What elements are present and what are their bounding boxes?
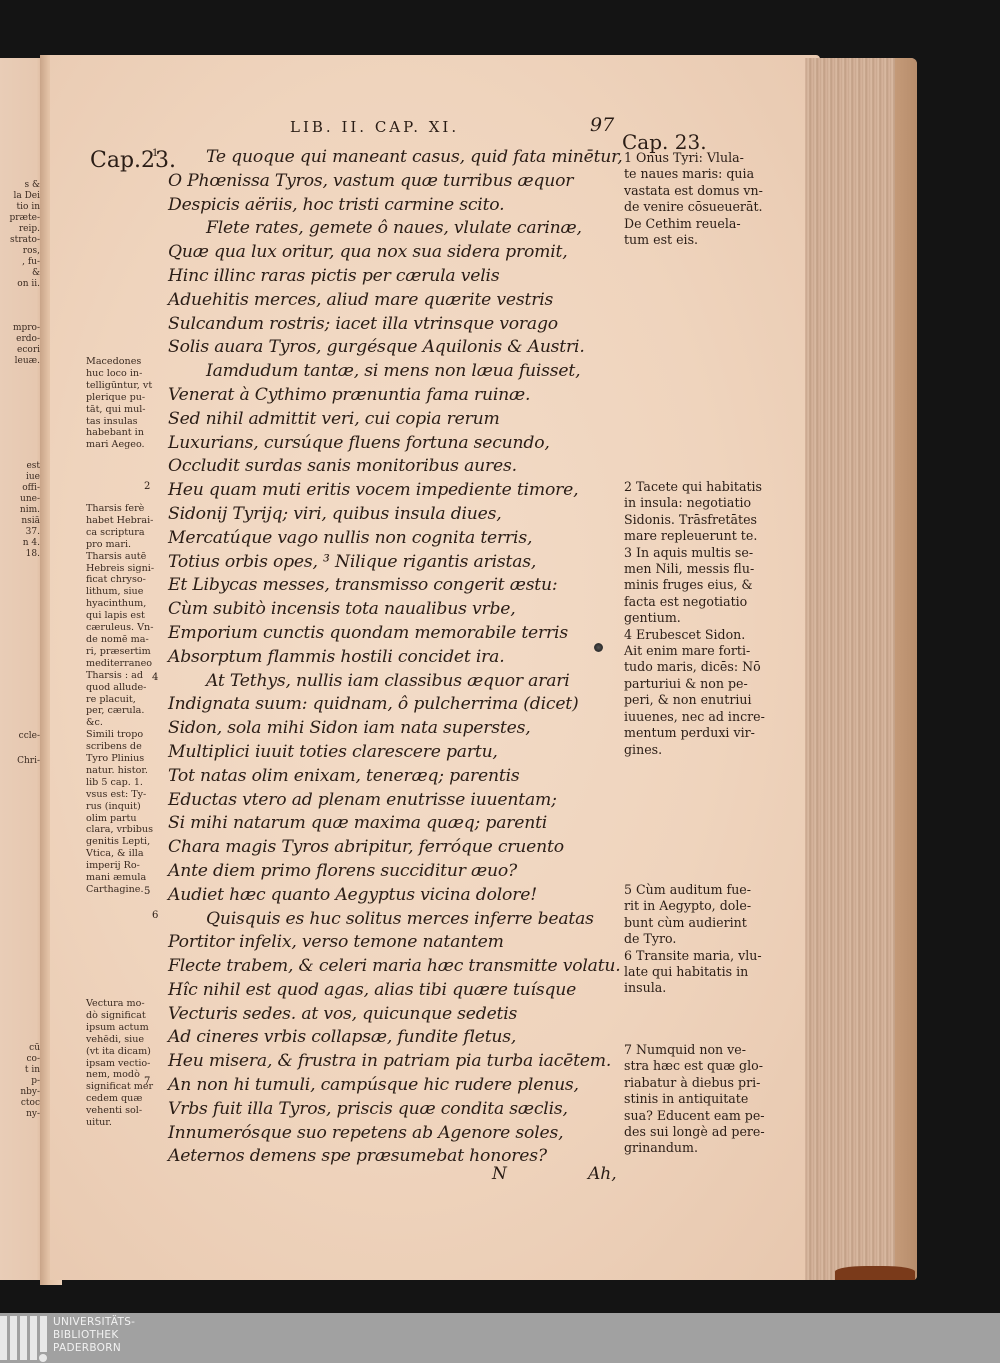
verse-reference-mark: 1	[152, 142, 158, 166]
verse-line: Ad cineres vrbis collapsæ, fundite fletu…	[168, 1026, 628, 1050]
note-line: 4 Erubescet Sidon.	[624, 627, 796, 643]
verse-line: Innumerósque suo repetens ab Agenore sol…	[168, 1122, 628, 1146]
fragment-line: præte-	[9, 213, 40, 224]
note-line: minis fruges eius, &	[624, 577, 796, 593]
verse-line-text: Sed nihil admittit veri, cui copia rerum	[168, 409, 500, 429]
note-line: ficat chryso-	[86, 574, 166, 586]
note-line: 6 Transite maria, vlu-	[624, 948, 796, 964]
note-line: habet Hebrai-	[86, 515, 166, 527]
note-line: stra hæc est quæ glo-	[624, 1058, 796, 1074]
verse-line-text: Mercatúque vago nullis non cognita terri…	[168, 528, 532, 548]
note-line: per, cærula.	[86, 705, 166, 717]
verse-line-text: Chara magis Tyros abripitur, ferróque cr…	[168, 837, 564, 857]
note-line: de venire cōsueuerāt.	[624, 199, 796, 215]
verse-line-text: An non hi tumuli, campúsque hic rudere p…	[168, 1075, 579, 1095]
verse-line-text: Sidonij Tyrijq; viri, quibus insula diue…	[168, 504, 502, 524]
note-line: gines.	[624, 742, 796, 758]
note-line: Tyro Plinius	[86, 753, 166, 765]
note-line: Tharsis autē	[86, 551, 166, 563]
verse-line-text: Vecturis sedes. at vos, quicunque sedeti…	[168, 1004, 517, 1024]
note-line: parturiui & non pe-	[624, 676, 796, 692]
note-line: Ait enim mare forti-	[624, 643, 796, 659]
fragment-line: erdo-	[13, 334, 40, 345]
verse-line: 4At Tethys, nullis iam classibus æquor a…	[168, 670, 628, 694]
facing-note-fragment: s &la Deitio inpræte-reip.strato-ros,, f…	[9, 180, 40, 290]
logo-line-3: PADERBORN	[53, 1342, 135, 1355]
catchword: Ah,	[588, 1164, 617, 1184]
verse-line: 7An non hi tumuli, campúsque hic rudere …	[168, 1074, 628, 1098]
note-line: rit in Aegypto, dole-	[624, 898, 796, 914]
page-blemish	[594, 643, 603, 652]
note-line: mediterraneo	[86, 658, 166, 670]
note-line: 2 Tacete qui habitatis	[624, 479, 796, 495]
fragment-line: on ii.	[9, 279, 40, 290]
note-line: hyacinthum,	[86, 598, 166, 610]
fragment-line: reip.	[9, 224, 40, 235]
note-line: &c.	[86, 717, 166, 729]
verse-line-text: Heu misera, & frustra in patriam pia tur…	[168, 1051, 611, 1071]
verse-line-text: Ad cineres vrbis collapsæ, fundite fletu…	[168, 1027, 516, 1047]
page-damage	[835, 1266, 915, 1280]
note-line: lib 5 cap. 1.	[86, 777, 166, 789]
verse-line-text: Flecte trabem, & celeri maria hæc transm…	[168, 956, 621, 976]
running-head: LIB. II. CAP. XI.	[290, 118, 459, 136]
note-line: rus (inquit)	[86, 801, 166, 813]
fragment-line: tio in	[9, 202, 40, 213]
verse-line-text: Hinc illinc raras pictis per cærula veli…	[168, 266, 499, 286]
verse-line-text: Iamdudum tantæ, si mens non læua fuisset…	[206, 361, 580, 381]
right-margin-note: 1 Onus Tyri: Vlula-te naues maris: quiav…	[624, 150, 796, 248]
note-line: tum est eis.	[624, 232, 796, 248]
note-line: De Cethim reuela-	[624, 216, 796, 232]
note-line: ri, præsertim	[86, 646, 166, 658]
verse-line: Occludit surdas sanis monitoribus aures.	[168, 455, 628, 479]
fragment-line: t in	[20, 1065, 40, 1076]
note-line: imperij Ro-	[86, 860, 166, 872]
note-line: qui lapis est	[86, 610, 166, 622]
verse-line: Indignata suum: quidnam, ô pulcherrima (…	[168, 693, 628, 717]
fragment-line: ros,	[9, 246, 40, 257]
note-line: mare repleuerunt te.	[624, 528, 796, 544]
verse-line-text: Innumerósque suo repetens ab Agenore sol…	[168, 1123, 563, 1143]
verse-line-text: Aduehitis merces, aliud mare quærite ves…	[168, 290, 553, 310]
verse-line-text: Hîc nihil est quod agas, alias tibi quær…	[168, 980, 576, 1000]
verse-line: Hîc nihil est quod agas, alias tibi quær…	[168, 979, 628, 1003]
verse-line-text: Quisquis es huc solitus merces inferre b…	[206, 909, 594, 929]
note-line: Sidonis. Trāsfretātes	[624, 512, 796, 528]
note-line: bunt cùm audierint	[624, 915, 796, 931]
note-line: de Tyro.	[624, 931, 796, 947]
fragment-line: offi-	[20, 483, 40, 494]
note-line: riabatur à diebus pri-	[624, 1075, 796, 1091]
verse-line: Flecte trabem, & celeri maria hæc transm…	[168, 955, 628, 979]
note-line: vehenti sol-	[86, 1105, 166, 1117]
verse-line-text: Absorptum flammis hostili concidet ira.	[168, 647, 504, 667]
verse-line-text: Sulcandum rostris; iacet illa vtrinsque …	[168, 314, 558, 334]
fragment-line: p-	[20, 1076, 40, 1087]
note-line: habebant in	[86, 427, 166, 439]
note-line: facta est negotiatio	[624, 594, 796, 610]
note-line: Vtica, & illa	[86, 848, 166, 860]
verse-line: Sed nihil admittit veri, cui copia rerum	[168, 408, 628, 432]
verse-line: Chara magis Tyros abripitur, ferróque cr…	[168, 836, 628, 860]
page-number: 97	[590, 114, 614, 136]
note-line: mari Aegeo.	[86, 439, 166, 451]
fragment-line: s &	[9, 180, 40, 191]
verse-line: Multiplici iuuit toties clarescere partu…	[168, 741, 628, 765]
fragment-line: ny-	[20, 1109, 40, 1120]
verse-line: Sidonij Tyrijq; viri, quibus insula diue…	[168, 503, 628, 527]
note-line: in insula: negotiatio	[624, 495, 796, 511]
library-logo-text: UNIVERSITÄTS- BIBLIOTHEK PADERBORN	[53, 1316, 135, 1355]
note-line: scribens de	[86, 741, 166, 753]
note-line: tudo maris, dicēs: Nō	[624, 659, 796, 675]
note-line: vastata est domus vn-	[624, 183, 796, 199]
note-line: grinandum.	[624, 1140, 796, 1156]
verse-line: Solis auara Tyros, gurgésque Aquilonis &…	[168, 336, 628, 360]
fragment-line: ecori	[13, 345, 40, 356]
fragment-line: est	[20, 461, 40, 472]
facing-note-fragment: cūco-t inp-nby-ctocny-	[20, 1043, 40, 1120]
verse-line-text: Heu quam muti eritis vocem impediente ti…	[168, 480, 578, 500]
note-line: dò significat	[86, 1010, 166, 1022]
fragment-line: nby-	[20, 1087, 40, 1098]
facing-note-fragment: mpro-erdo-ecorileuæ.	[13, 323, 40, 367]
note-line: ipsum actum	[86, 1022, 166, 1034]
chapter-label-left: Cap.23.	[90, 148, 176, 173]
verse-line: Eductas vtero ad plenam enutrisse iuuent…	[168, 789, 628, 813]
note-line: telligūntur, vt	[86, 380, 166, 392]
verse-line: Sulcandum rostris; iacet illa vtrinsque …	[168, 313, 628, 337]
logo-line-1: UNIVERSITÄTS-	[53, 1316, 135, 1329]
fragment-line: Chri-	[17, 756, 40, 767]
verse-line: 5Audiet hæc quanto Aegyptus vicina dolor…	[168, 884, 628, 908]
fragment-line: mpro-	[13, 323, 40, 334]
note-line: uitur.	[86, 1117, 166, 1129]
note-line: tāt, qui mul-	[86, 404, 166, 416]
verse-line-text: Tot natas olim enixam, teneræq; parentis	[168, 766, 520, 786]
left-margin-note: Vectura mo-dò significatipsum actumvehēd…	[86, 998, 166, 1129]
verse-line-text: Totius orbis opes, ³ Nilique rigantis ar…	[168, 552, 536, 572]
note-line: 1 Onus Tyri: Vlula-	[624, 150, 796, 166]
facing-note-fragment: ccle-	[19, 731, 40, 742]
verse-line: Vecturis sedes. at vos, quicunque sedeti…	[168, 1003, 628, 1027]
verse-line-text: Occludit surdas sanis monitoribus aures.	[168, 456, 517, 476]
note-line: cæruleus. Vn-	[86, 622, 166, 634]
right-margin-note: 7 Numquid non ve-stra hæc est quæ glo-ri…	[624, 1042, 796, 1157]
note-line: quod allude-	[86, 682, 166, 694]
note-line: men Nili, messis flu-	[624, 561, 796, 577]
fragment-line: cū	[20, 1043, 40, 1054]
verse-line-text: Audiet hæc quanto Aegyptus vicina dolore…	[168, 885, 537, 905]
verse-line: Et Libycas messes, transmisso congerit æ…	[168, 574, 628, 598]
fragment-line: 37.	[20, 527, 40, 538]
note-line: Hebreis signi-	[86, 563, 166, 575]
note-line: stinis in antiquitate	[624, 1091, 796, 1107]
verse-line-text: Indignata suum: quidnam, ô pulcherrima (…	[168, 694, 579, 714]
note-line: pro mari.	[86, 539, 166, 551]
verse-line: Heu misera, & frustra in patriam pia tur…	[168, 1050, 628, 1074]
note-line: Carthagine.	[86, 884, 166, 896]
signature-mark: N	[492, 1164, 507, 1184]
right-margin-note: 5 Cùm auditum fue-rit in Aegypto, dole-b…	[624, 882, 796, 997]
verse-line-text: Sidon, sola mihi Sidon iam nata superste…	[168, 718, 530, 738]
verse-line: Quæ qua lux oritur, qua nox sua sidera p…	[168, 241, 628, 265]
note-line: 7 Numquid non ve-	[624, 1042, 796, 1058]
verse-line-text: Eductas vtero ad plenam enutrisse iuuent…	[168, 790, 557, 810]
verse-line-text: Venerat à Cythimo prænuntia fama ruinæ.	[168, 385, 530, 405]
note-line: huc loco in-	[86, 368, 166, 380]
verse-line: Portitor infelix, verso temone natantem	[168, 931, 628, 955]
verse-line: Flete rates, gemete ô naues, vlulate car…	[168, 217, 628, 241]
verse-line-text: At Tethys, nullis iam classibus æquor ar…	[206, 671, 570, 691]
verse-reference-mark: 6	[152, 904, 158, 928]
verse-line-text: Vrbs fuit illa Tyros, priscis quæ condit…	[168, 1099, 568, 1119]
verse-line-text: Solis auara Tyros, gurgésque Aquilonis &…	[168, 337, 585, 357]
note-line: (vt ita dicam)	[86, 1046, 166, 1058]
verse-line-text: Ante diem primo florens succiditur æuo?	[168, 861, 517, 881]
note-line: peri, & non enutriui	[624, 692, 796, 708]
fragment-line: &	[9, 268, 40, 279]
verse-line: Cùm subitò incensis tota naualibus vrbe,	[168, 598, 628, 622]
fragment-line: la Dei	[9, 191, 40, 202]
note-line: nem, modò	[86, 1069, 166, 1081]
note-line: de nomē ma-	[86, 634, 166, 646]
verse-line: 6Quisquis es huc solitus merces inferre …	[168, 908, 628, 932]
verse-line-text: Quæ qua lux oritur, qua nox sua sidera p…	[168, 242, 567, 262]
verse-line-text: Portitor infelix, verso temone natantem	[168, 932, 504, 952]
fragment-line: co-	[20, 1054, 40, 1065]
note-line: late qui habitatis in	[624, 964, 796, 980]
fragment-line: , fu-	[9, 257, 40, 268]
verse-line: O Phœnissa Tyros, vastum quæ turribus æq…	[168, 170, 628, 194]
fragment-line: strato-	[9, 235, 40, 246]
note-line: re placuit,	[86, 694, 166, 706]
note-line: mani æmula	[86, 872, 166, 884]
note-line: te naues maris: quia	[624, 166, 796, 182]
left-margin-note: Tharsis ferèhabet Hebrai-ca scripturapro…	[86, 503, 166, 896]
note-line: gentium.	[624, 610, 796, 626]
verse-line-text: Te quoque qui maneant casus, quid fata m…	[206, 147, 623, 167]
fragment-line: n 4.	[20, 538, 40, 549]
verse-line: Si mihi natarum quæ maxima quæq; parenti	[168, 812, 628, 836]
verse-line: Venerat à Cythimo prænuntia fama ruinæ.	[168, 384, 628, 408]
note-line: Tharsis : ad	[86, 670, 166, 682]
fragment-line: ctoc	[20, 1098, 40, 1109]
verse-line-text: Emporium cunctis quondam memorabile terr…	[168, 623, 568, 643]
verse-line: Ante diem primo florens succiditur æuo?	[168, 860, 628, 884]
verse-line: Emporium cunctis quondam memorabile terr…	[168, 622, 628, 646]
footer-bar	[0, 1313, 1000, 1363]
verse-line-text: Cùm subitò incensis tota naualibus vrbe,	[168, 599, 516, 619]
note-line: insula.	[624, 980, 796, 996]
note-line: iuuenes, nec ad incre-	[624, 709, 796, 725]
note-line: mentum perduxi vir-	[624, 725, 796, 741]
verse-line-text: Multiplici iuuit toties clarescere partu…	[168, 742, 498, 762]
fragment-line: nim.	[20, 505, 40, 516]
note-line: Macedones	[86, 356, 166, 368]
fragment-line: nsiā	[20, 516, 40, 527]
note-line: natur. histor.	[86, 765, 166, 777]
note-line: vsus est: Ty-	[86, 789, 166, 801]
verse-line-text: Si mihi natarum quæ maxima quæq; parenti	[168, 813, 547, 833]
note-line: des sui longè ad pere-	[624, 1124, 796, 1140]
note-line: sua? Educent eam pe-	[624, 1108, 796, 1124]
verse-line-text: O Phœnissa Tyros, vastum quæ turribus æq…	[168, 171, 573, 191]
note-line: ipsam vectio-	[86, 1058, 166, 1070]
verse-line: 1Te quoque qui maneant casus, quid fata …	[168, 146, 628, 170]
verse-line: Mercatúque vago nullis non cognita terri…	[168, 527, 628, 551]
note-line: clara, vrbibus	[86, 824, 166, 836]
note-line: ca scriptura	[86, 527, 166, 539]
facing-note-fragment: estiueoffi-une-nim.nsiā37.n 4.18.	[20, 461, 40, 560]
note-line: genitis Lepti,	[86, 836, 166, 848]
fragment-line: iue	[20, 472, 40, 483]
verse-line: Iamdudum tantæ, si mens non læua fuisset…	[168, 360, 628, 384]
verse-line: Aduehitis merces, aliud mare quærite ves…	[168, 289, 628, 313]
logo-line-2: BIBLIOTHEK	[53, 1329, 135, 1342]
fragment-line: 18.	[20, 549, 40, 560]
verse-line: Sidon, sola mihi Sidon iam nata superste…	[168, 717, 628, 741]
verse-line: Despicis aëriis, hoc tristi carmine scit…	[168, 194, 628, 218]
note-line: plerique pu-	[86, 392, 166, 404]
note-line: Simili tropo	[86, 729, 166, 741]
note-line: Tharsis ferè	[86, 503, 166, 515]
note-line: 3 In aquis multis se-	[624, 545, 796, 561]
book-fore-edge	[805, 58, 917, 1280]
note-line: tas insulas	[86, 416, 166, 428]
fragment-line: leuæ.	[13, 356, 40, 367]
note-line: cedem quæ	[86, 1093, 166, 1105]
verse-text: 1Te quoque qui maneant casus, quid fata …	[168, 146, 628, 1169]
verse-line: Aeternos demens spe præsumebat honores?	[168, 1145, 628, 1169]
verse-line: 2Heu quam muti eritis vocem impediente t…	[168, 479, 628, 503]
verse-line-text: Aeternos demens spe præsumebat honores?	[168, 1146, 547, 1166]
note-line: Vectura mo-	[86, 998, 166, 1010]
verse-line-text: Luxurians, cursúque fluens fortuna secun…	[168, 433, 550, 453]
note-line: 5 Cùm auditum fue-	[624, 882, 796, 898]
verse-line-text: Et Libycas messes, transmisso congerit æ…	[168, 575, 557, 595]
fragment-line: une-	[20, 494, 40, 505]
verse-reference-mark: 2	[144, 475, 150, 499]
book-cover-edge	[895, 58, 917, 1280]
note-line: olim partu	[86, 813, 166, 825]
fragment-line: ccle-	[19, 731, 40, 742]
verse-line: Totius orbis opes, ³ Nilique rigantis ar…	[168, 551, 628, 575]
verse-line: Hinc illinc raras pictis per cærula veli…	[168, 265, 628, 289]
note-line: significat mer	[86, 1081, 166, 1093]
verse-line-text: Flete rates, gemete ô naues, vlulate car…	[206, 218, 582, 238]
facing-note-fragment: Chri-	[17, 756, 40, 767]
verse-line: Tot natas olim enixam, teneræq; parentis	[168, 765, 628, 789]
verse-line-text: Despicis aëriis, hoc tristi carmine scit…	[168, 195, 504, 215]
verse-line: Luxurians, cursúque fluens fortuna secun…	[168, 432, 628, 456]
note-line: lithum, siue	[86, 586, 166, 598]
library-logo-dot-icon	[39, 1354, 47, 1362]
left-margin-note: Macedoneshuc loco in-telligūntur, vtpler…	[86, 356, 166, 451]
verse-line: Vrbs fuit illa Tyros, priscis quæ condit…	[168, 1098, 628, 1122]
note-line: vehēdi, siue	[86, 1034, 166, 1046]
verse-line: Absorptum flammis hostili concidet ira.	[168, 646, 628, 670]
right-margin-note: 2 Tacete qui habitatisin insula: negotia…	[624, 479, 796, 758]
